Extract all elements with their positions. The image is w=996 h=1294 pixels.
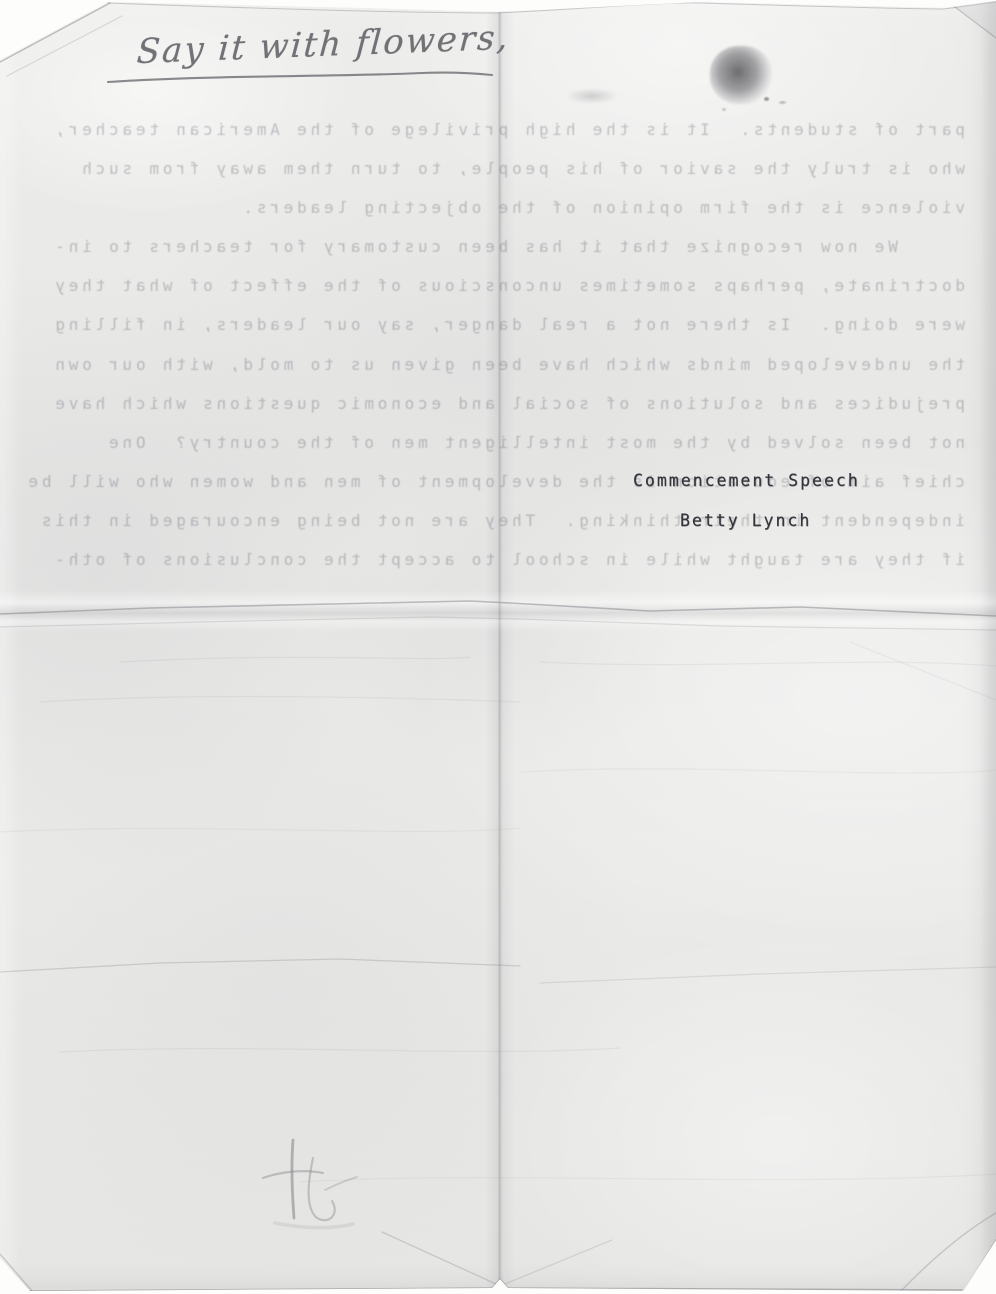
bleedthrough-line: We now recognize that it has been custom… [26, 227, 965, 266]
ink-speck [722, 108, 726, 111]
bleedthrough-line: who is truly the savior of his people, t… [26, 149, 965, 188]
ink-speck [764, 97, 769, 101]
ink-speck [779, 101, 786, 104]
bleedthrough-line: not been solved by the most intelligent … [26, 423, 965, 462]
pencil-scribble [245, 1128, 375, 1243]
bleedthrough-line: if they are taught while in school to ac… [26, 540, 965, 579]
typed-title: Commencement Speech [633, 471, 860, 490]
bleedthrough-line: part of students. It is the high privile… [26, 110, 965, 149]
scanned-document: part of students. It is the high privile… [0, 0, 996, 1294]
ink-stain [710, 46, 772, 104]
bleedthrough-line: prejudices and solutions of social and e… [26, 384, 965, 423]
faint-smudge [566, 88, 618, 104]
bleedthrough-line: violence is the firm opinion of the obje… [26, 188, 965, 227]
bleedthrough-line: the undeveloped minds which have been gi… [26, 345, 965, 384]
typed-heading: Commencement Speech Betty Lynch [633, 471, 860, 530]
horizontal-fold [0, 590, 996, 632]
bleedthrough-line: were doing. Is there not a real danger, … [26, 305, 965, 344]
typed-author: Betty Lynch [680, 511, 860, 530]
paper-right-edge-shadow [980, 0, 996, 1294]
paper-sheet: part of students. It is the high privile… [0, 0, 996, 1294]
bleedthrough-line: doctrinate, perhaps sometimes unconsciou… [26, 266, 965, 305]
